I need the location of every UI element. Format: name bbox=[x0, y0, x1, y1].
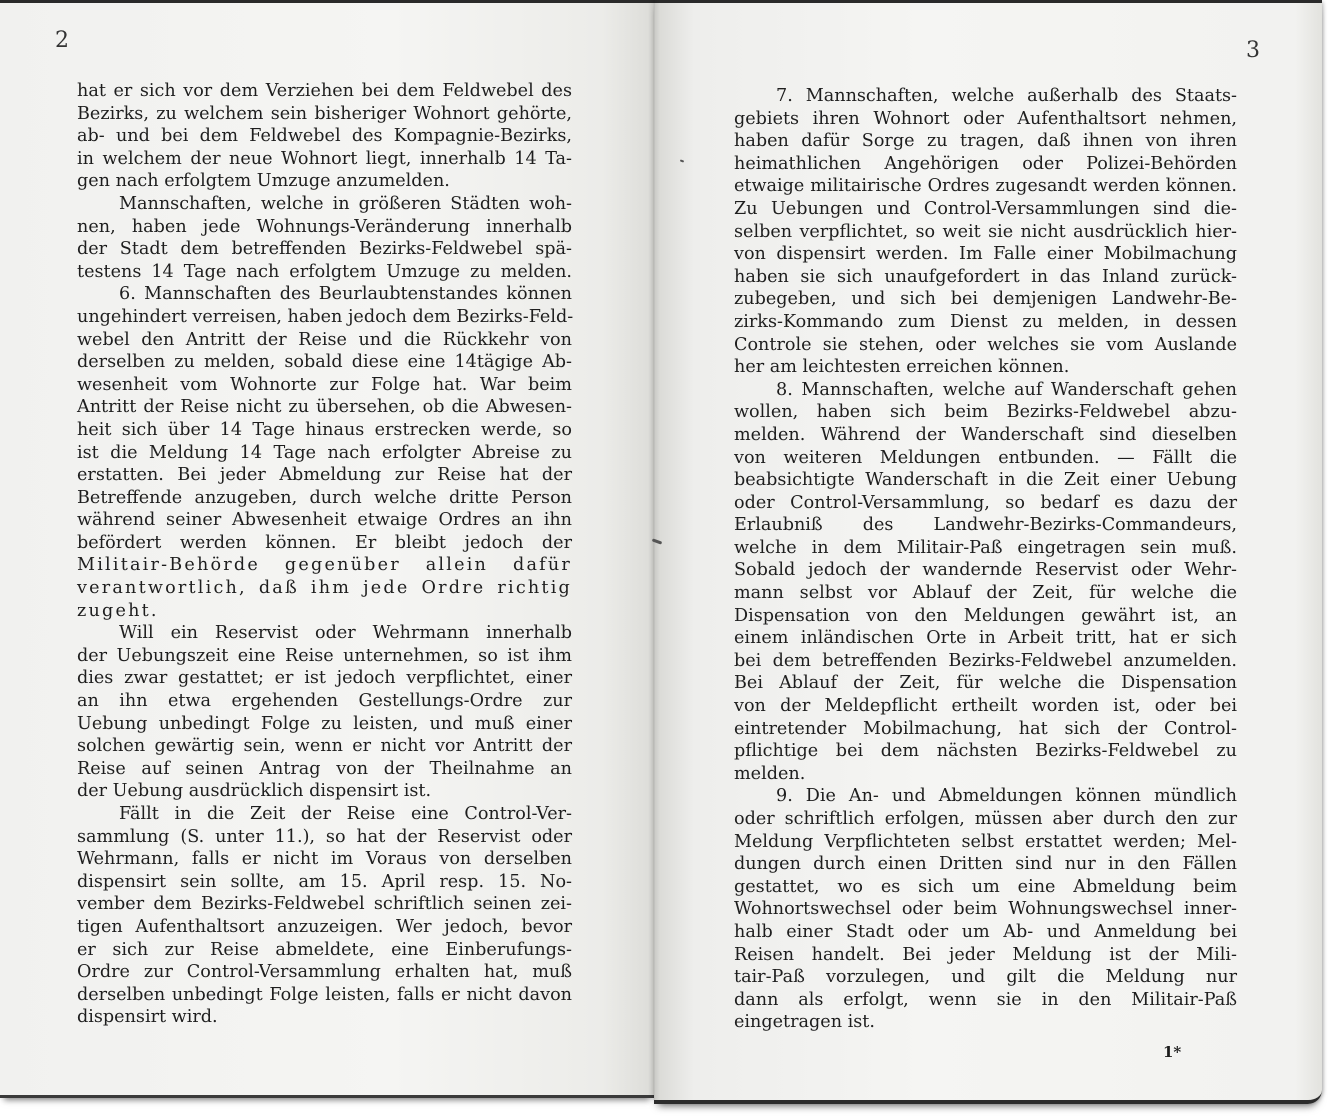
text-line: dispensirt sein sollte, am 15. April res… bbox=[77, 871, 572, 894]
text-line: sammlung (S. unter 11.), so hat der Rese… bbox=[77, 826, 572, 849]
text-line: zugeht. bbox=[77, 600, 572, 623]
text-line: dann als erfolgt, wenn sie in den Milita… bbox=[734, 989, 1237, 1012]
text-line: oder Control-Versammlung, so bedarf es d… bbox=[734, 492, 1237, 515]
text-line: gebiets ihren Wohnort oder Aufenthaltsor… bbox=[734, 108, 1237, 131]
text-line: während seiner Abwesenheit etwaige Ordre… bbox=[77, 509, 572, 532]
text-line: erstatten. Bei jeder Abmeldung zur Reise… bbox=[77, 464, 572, 487]
text-line: haben sie sich unaufgefordert in das Inl… bbox=[734, 266, 1237, 289]
text-line: pflichtige bei dem nächsten Bezirks-Feld… bbox=[734, 740, 1237, 763]
text-line: verantwortlich, daß ihm jede Ordre richt… bbox=[77, 577, 572, 600]
text-line: Ordre zur Control-Versammlung erhalten h… bbox=[77, 961, 572, 984]
text-line: solchen gewärtig sein, wenn er nicht vor… bbox=[77, 735, 572, 758]
text-line: Erlaubniß des Landwehr-Bezirks-Commandeu… bbox=[734, 514, 1237, 537]
text-line: etwaige militairische Ordres zugesandt w… bbox=[734, 175, 1237, 198]
text-line: wollen, haben sich beim Bezirks-Feldwebe… bbox=[734, 401, 1237, 424]
text-line: er sich zur Reise abmeldete, eine Einber… bbox=[77, 939, 572, 962]
page-top-edge bbox=[0, 0, 654, 3]
text-line: Reise auf seinen Antrag von der Theilnah… bbox=[77, 758, 572, 781]
text-line: nen, haben jede Wohnungs-Veränderung inn… bbox=[77, 216, 572, 239]
text-line: dies zwar gestattet; er ist jedoch verpf… bbox=[77, 667, 572, 690]
text-line: gen nach erfolgtem Umzuge anzumelden. bbox=[77, 170, 572, 193]
text-line: Dispensation von den Meldungen gewährt i… bbox=[734, 605, 1237, 628]
text-line: eingetragen ist. bbox=[734, 1011, 1237, 1034]
text-line: her am leichtesten erreichen können. bbox=[734, 356, 1237, 379]
text-line: derselben zu melden, sobald diese eine 1… bbox=[77, 351, 572, 374]
text-line: welche in dem Militair-Paß eingetragen s… bbox=[734, 537, 1237, 560]
text-line: selben verpflichtet, so weit sie nicht a… bbox=[734, 221, 1237, 244]
text-line: hat er sich vor dem Verziehen bei dem Fe… bbox=[77, 80, 572, 103]
text-line: Meldung Verpflichteten selbst erstattet … bbox=[734, 831, 1237, 854]
text-line: einem inländischen Orte in Arbeit tritt,… bbox=[734, 627, 1237, 650]
text-line: tair-Paß vorzulegen, und gilt die Meldun… bbox=[734, 966, 1237, 989]
text-line: ab- und bei dem Feldwebel des Kompagnie-… bbox=[77, 125, 572, 148]
text-line: von dispensirt werden. Im Falle einer Mo… bbox=[734, 243, 1237, 266]
text-line: beabsichtigte Wanderschaft in die Zeit e… bbox=[734, 469, 1237, 492]
right-page-text: 7. Mannschaften, welche außerhalb des St… bbox=[734, 85, 1237, 1034]
text-line: Bei Ablauf der Zeit, für welche die Disp… bbox=[734, 672, 1237, 695]
text-line: von der Meldepflicht ertheilt worden ist… bbox=[734, 695, 1237, 718]
book-gutter bbox=[648, 0, 660, 1100]
text-line: dungen durch einen Dritten sind nur in d… bbox=[734, 853, 1237, 876]
text-line: Mannschaften, welche in größeren Städten… bbox=[77, 193, 572, 216]
text-line: von weiteren Meldungen entbunden. — Fäll… bbox=[734, 447, 1237, 470]
text-line: melden. Während der Wanderschaft sind di… bbox=[734, 424, 1237, 447]
text-line: bei dem betreffenden Bezirks-Feldwebel a… bbox=[734, 650, 1237, 673]
text-line: Fällt in die Zeit der Reise eine Control… bbox=[77, 803, 572, 826]
text-line: vember dem Bezirks-Feldwebel schriftlich… bbox=[77, 893, 572, 916]
text-line: zubegeben, und sich bei demjenigen Landw… bbox=[734, 288, 1237, 311]
text-line: befördert werden können. Er bleibt jedoc… bbox=[77, 532, 572, 555]
text-line: Zu Uebungen und Control-Versammlungen si… bbox=[734, 198, 1237, 221]
page-number-left: 2 bbox=[55, 28, 69, 53]
text-line: testens 14 Tage nach erfolgtem Umzuge zu… bbox=[77, 261, 572, 284]
text-line: der Uebung ausdrücklich dispensirt ist. bbox=[77, 780, 572, 803]
text-line: wesenheit vom Wohnorte zur Folge hat. Wa… bbox=[77, 374, 572, 397]
text-line: eintretender Mobilmachung, hat sich der … bbox=[734, 718, 1237, 741]
text-line: tigen Aufenthaltsort anzuzeigen. Wer jed… bbox=[77, 916, 572, 939]
text-line: 6. Mannschaften des Beurlaubtenstandes k… bbox=[77, 283, 572, 306]
text-line: derselben unbedingt Folge leisten, falls… bbox=[77, 984, 572, 1007]
text-line: ist die Meldung 14 Tage nach erfolgter A… bbox=[77, 442, 572, 465]
text-line: in welchem der neue Wohnort liegt, inner… bbox=[77, 148, 572, 171]
text-line: Militair-Behörde gegenüber allein dafür bbox=[77, 554, 572, 577]
page-number-right: 3 bbox=[1246, 38, 1260, 63]
page-top-edge bbox=[654, 0, 1322, 3]
text-line: ungehindert verreisen, haben jedoch dem … bbox=[77, 306, 572, 329]
text-line: Reisen handelt. Bei jeder Meldung ist de… bbox=[734, 944, 1237, 967]
text-line: Betreffende anzugeben, durch welche drit… bbox=[77, 487, 572, 510]
text-line: heit sich über 14 Tage hinaus erstrecken… bbox=[77, 419, 572, 442]
text-line: Controle sie stehen, oder welches sie vo… bbox=[734, 334, 1237, 357]
text-line: webel den Antritt der Reise und die Rück… bbox=[77, 329, 572, 352]
text-line: zirks-Kommando zum Dienst zu melden, in … bbox=[734, 311, 1237, 334]
text-line: 8. Mannschaften, welche auf Wanderschaft… bbox=[734, 379, 1237, 402]
text-line: gestattet, wo es sich um eine Abmeldung … bbox=[734, 876, 1237, 899]
text-line: dispensirt wird. bbox=[77, 1006, 572, 1029]
text-line: Antritt der Reise nicht zu übersehen, ob… bbox=[77, 396, 572, 419]
text-line: Wohnortswechsel oder beim Wohnungswechse… bbox=[734, 898, 1237, 921]
text-line: melden. bbox=[734, 763, 1237, 786]
text-line: Sobald jedoch der wandernde Reservist od… bbox=[734, 559, 1237, 582]
text-line: mann selbst vor Ablauf der Zeit, für wel… bbox=[734, 582, 1237, 605]
text-line: der Stadt dem betreffenden Bezirks-Feldw… bbox=[77, 238, 572, 261]
text-line: halb einer Stadt oder um Ab- und Anmeldu… bbox=[734, 921, 1237, 944]
text-line: 9. Die An- und Abmeldungen können mündli… bbox=[734, 785, 1237, 808]
signature-mark: 1* bbox=[1163, 1043, 1181, 1061]
text-line: an ihn etwa ergehenden Gestellungs-Ordre… bbox=[77, 690, 572, 713]
text-line: haben dafür Sorge zu tragen, daß ihnen v… bbox=[734, 130, 1237, 153]
text-line: Bezirks, zu welchem sein bisheriger Wohn… bbox=[77, 103, 572, 126]
text-line: der Uebungszeit eine Reise unternehmen, … bbox=[77, 645, 572, 668]
text-line: Uebung unbedingt Folge zu leisten, und m… bbox=[77, 713, 572, 736]
text-line: Wehrmann, falls er nicht im Voraus von d… bbox=[77, 848, 572, 871]
text-line: heimathlichen Angehörigen oder Polizei-B… bbox=[734, 153, 1237, 176]
book-spread: 2 3 hat er sich vor dem Verziehen bei de… bbox=[0, 0, 1330, 1118]
text-line: 7. Mannschaften, welche außerhalb des St… bbox=[734, 85, 1237, 108]
text-line: Will ein Reservist oder Wehrmann innerha… bbox=[77, 622, 572, 645]
text-line: oder schriftlich erfolgen, müssen aber d… bbox=[734, 808, 1237, 831]
left-page-text: hat er sich vor dem Verziehen bei dem Fe… bbox=[77, 80, 572, 1029]
